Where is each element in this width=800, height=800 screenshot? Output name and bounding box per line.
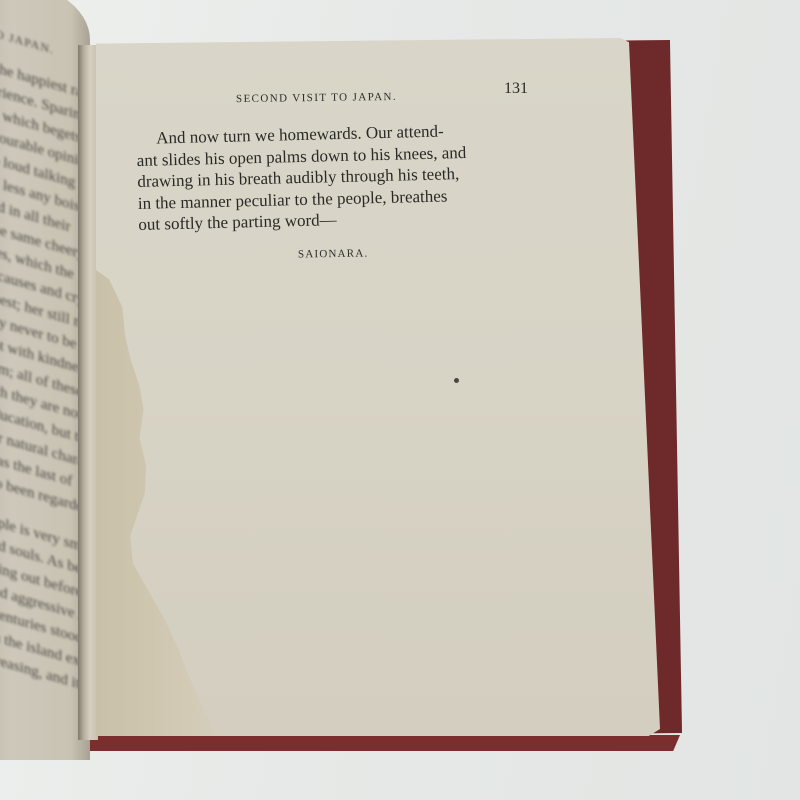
running-head: SECOND VISIT TO JAPAN. bbox=[236, 91, 397, 105]
closing-word: SAIONARA. bbox=[298, 248, 369, 261]
left-page-text: TO JAPAN. e the happiest race perience. … bbox=[0, 20, 90, 717]
book-gutter bbox=[78, 45, 98, 740]
page-header: SECOND VISIT TO JAPAN. 131 bbox=[236, 78, 536, 102]
ink-speck bbox=[454, 378, 459, 383]
book-cover-bottom-edge bbox=[0, 735, 680, 751]
left-page: TO JAPAN. e the happiest race perience. … bbox=[0, 0, 90, 760]
page-number: 131 bbox=[504, 80, 528, 98]
paragraph: And now turn we homewards. Our attend- a… bbox=[136, 118, 549, 235]
